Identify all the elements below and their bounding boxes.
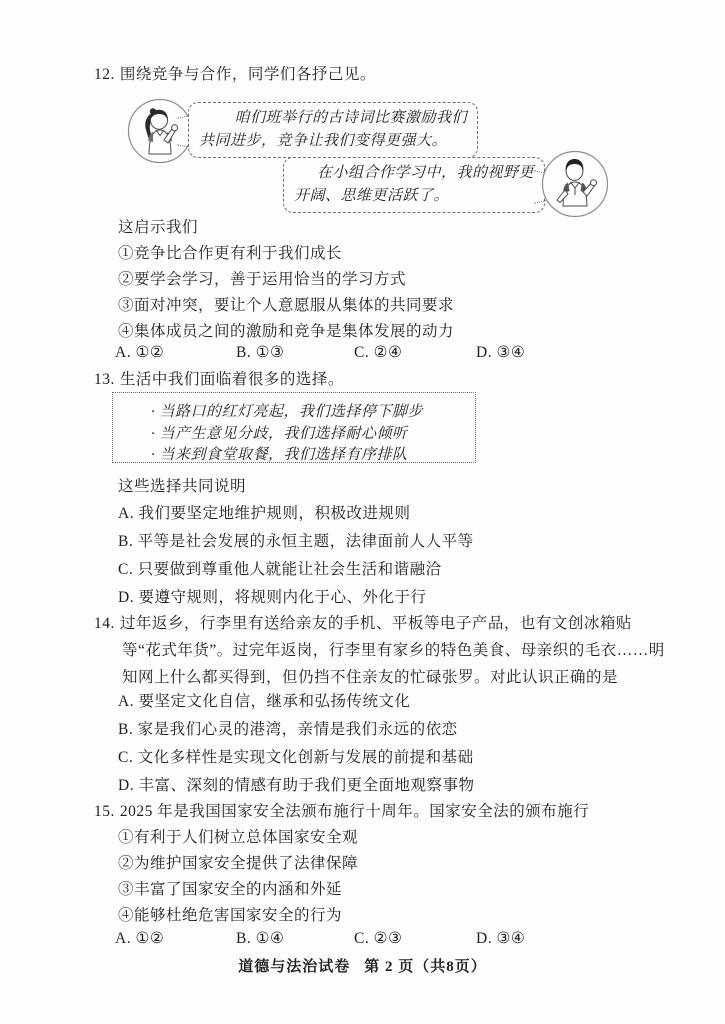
q13-lead: 这些选择共同说明 xyxy=(118,474,246,496)
q15-statement-3: ③丰富了国家安全的内涵和外延 xyxy=(118,877,342,899)
q14-option-d: D. 丰富、深刻的情感有助于我们更全面地观察事物 xyxy=(118,773,474,795)
q13-stem-row: 13.生活中我们面临着很多的选择。 xyxy=(94,367,344,389)
q12-statement-2: ②要学会学习，善于运用恰当的学习方式 xyxy=(118,267,406,289)
girl-speech-bubble: 咱们班举行的古诗词比赛激励我们 共同进步，竞争让我们变得更强大。 xyxy=(188,102,478,158)
q12-stem: 围绕竞争与合作，同学们各抒己见。 xyxy=(120,66,376,83)
q12-number: 12. xyxy=(94,66,115,83)
q14-option-a: A. 要坚定文化自信，继承和弘扬传统文化 xyxy=(118,689,410,711)
exam-page: 12.围绕竞争与合作，同学们各抒己见。 咱们班举行的古诗词比赛激励我们 共同进步… xyxy=(0,0,725,1024)
q12-stem-row: 12.围绕竞争与合作，同学们各抒己见。 xyxy=(94,62,376,84)
q15-statement-4: ④能够杜绝危害国家安全的行为 xyxy=(118,903,342,925)
q15-statement-1: ①有利于人们树立总体国家安全观 xyxy=(118,825,358,847)
q12-statement-3: ③面对冲突，要让个人意愿服从集体的共同要求 xyxy=(118,293,454,315)
footer-paper-title: 道德与法治试卷 xyxy=(238,959,350,975)
q15-statement-2: ②为维护国家安全提供了法律保障 xyxy=(118,851,358,873)
q15-option-a: A. ①② xyxy=(115,929,164,948)
q15-option-d: D. ③④ xyxy=(476,929,525,948)
q14-option-c: C. 文化多样性是实现文化创新与发展的前提和基础 xyxy=(118,745,474,767)
footer-page-number: 第 2 页（共8页） xyxy=(364,959,487,975)
girl-speech-line1: 咱们班举行的古诗词比赛激励我们 xyxy=(199,107,467,130)
boy-avatar xyxy=(541,148,609,220)
q14-option-b: B. 家是我们心灵的港湾，亲情是我们永远的依恋 xyxy=(118,717,458,739)
q15-number: 15. xyxy=(94,803,115,820)
girl-avatar-icon xyxy=(127,96,193,166)
q13-option-b: B. 平等是社会发展的永恒主题，法律面前人人平等 xyxy=(118,529,474,551)
q15-stem-row: 15.2025 年是我国国家安全法颁布施行十周年。国家安全法的颁布施行 xyxy=(94,799,589,821)
q15-option-c: C. ②③ xyxy=(354,929,402,948)
boy-speech-line2: 开阔、思维更活跃了。 xyxy=(294,185,534,208)
q14-stem: 过年返乡，行李里有送给亲友的手机、平板等电子产品，也有文创冰箱贴等“花式年货”。… xyxy=(120,615,665,686)
q13-box-item-3: · 当来到食堂取餐，我们选择有序排队 xyxy=(151,445,467,467)
q13-choice-box: · 当路口的红灯亮起，我们选择停下脚步 · 当产生意见分歧，我们选择耐心倾听 ·… xyxy=(112,392,476,463)
q12-lead: 这启示我们 xyxy=(118,215,198,237)
q12-statement-1: ①竞争比合作更有利于我们成长 xyxy=(118,241,342,263)
q13-option-a: A. 我们要坚定地维护规则，积极改进规则 xyxy=(118,501,410,523)
q13-box-item-2: · 当产生意见分歧，我们选择耐心倾听 xyxy=(151,424,467,446)
q12-option-b: B. ①③ xyxy=(236,343,284,362)
q12-option-d: D. ③④ xyxy=(476,343,525,362)
girl-speech-line2: 共同进步，竞争让我们变得更强大。 xyxy=(199,130,467,153)
q15-option-b: B. ①④ xyxy=(236,929,284,948)
page-footer: 道德与法治试卷第 2 页（共8页） xyxy=(0,955,725,976)
boy-avatar-icon xyxy=(541,148,609,220)
q12-statement-4: ④集体成员之间的激励和竞争是集体发展的动力 xyxy=(118,319,454,341)
q13-option-d: D. 要遵守规则，将规则内化于心、外化于行 xyxy=(118,585,426,607)
q13-box-item-1: · 当路口的红灯亮起，我们选择停下脚步 xyxy=(151,402,467,424)
boy-speech-line1: 在小组合作学习中，我的视野更 xyxy=(294,162,534,185)
q12-option-a: A. ①② xyxy=(115,343,164,362)
boy-speech-bubble: 在小组合作学习中，我的视野更 开阔、思维更活跃了。 xyxy=(283,157,545,213)
q12-option-c: C. ②④ xyxy=(354,343,402,362)
q14-stem-row: 14.过年返乡，行李里有送给亲友的手机、平板等电子产品，也有文创冰箱贴等“花式年… xyxy=(94,610,670,691)
q13-stem: 生活中我们面临着很多的选择。 xyxy=(120,371,344,388)
q14-number: 14. xyxy=(94,615,115,632)
girl-avatar xyxy=(127,96,193,166)
q13-option-c: C. 只要做到尊重他人就能让社会生活和谐融洽 xyxy=(118,557,442,579)
q13-number: 13. xyxy=(94,371,115,388)
q15-stem: 2025 年是我国国家安全法颁布施行十周年。国家安全法的颁布施行 xyxy=(120,803,589,820)
